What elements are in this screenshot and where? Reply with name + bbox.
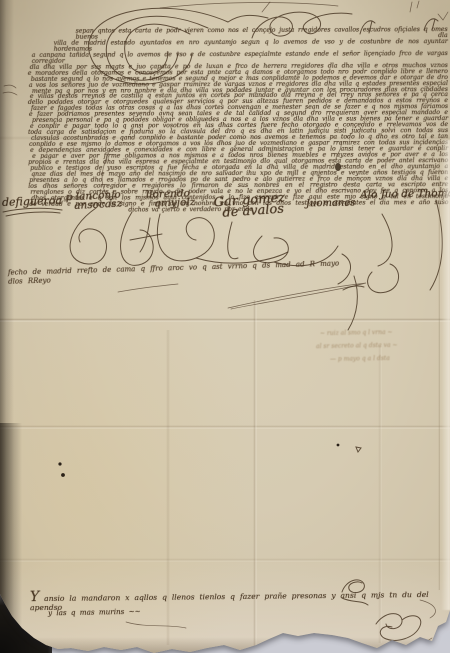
paper-wrapper: sepan qntos esta carta de podr vieren co… <box>0 0 450 653</box>
signature: Juomanes <box>306 200 356 209</box>
signature: p lanconjoansocasz <box>66 191 123 212</box>
signature: llorendoqmyjolz <box>146 189 196 209</box>
signature: Gar gomezde avalos <box>213 193 286 220</box>
signature-line: ansocasz <box>66 199 122 211</box>
signature-line: qmyjolz <box>146 198 195 209</box>
paper-edge-line-right <box>438 160 440 590</box>
signature-line: de avalos <box>214 204 286 220</box>
manuscript-photo: sepan qntos esta carta de podr vieren co… <box>0 0 450 653</box>
paper-edge-shadow-left-low <box>0 423 26 653</box>
paper-edge-highlight-right <box>441 140 450 610</box>
signature-line: Alo Juo de Thomas <box>360 189 450 200</box>
signature-row: defigueroap lanconjoansocaszllorendoqmyj… <box>0 0 450 653</box>
paper-edge-shadow-bottom <box>0 637 450 653</box>
signature-line: Juomanes <box>306 200 356 209</box>
manuscript-paper: sepan qntos esta carta de podr vieren co… <box>0 0 450 653</box>
signature: Alo Juo de Thomas <box>360 189 450 200</box>
